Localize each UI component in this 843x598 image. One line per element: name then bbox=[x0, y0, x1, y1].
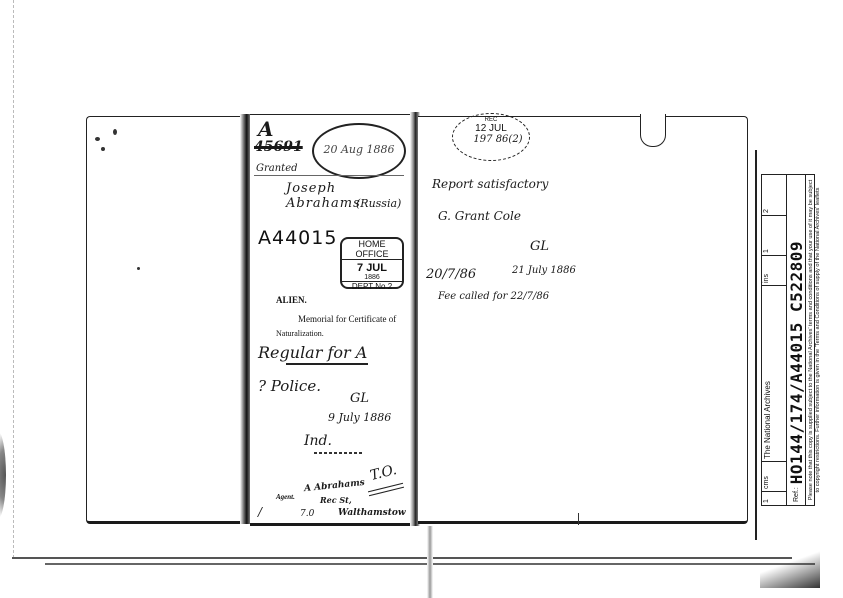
received-stamp-handwritten: 197 86(2) bbox=[467, 134, 529, 145]
archive-col1: 1 bbox=[762, 491, 786, 505]
folder-torn-notch bbox=[640, 114, 666, 147]
scan-edge-shadow bbox=[0, 430, 6, 520]
scan-crease bbox=[427, 526, 433, 598]
corner-mark: A bbox=[258, 117, 274, 141]
home-office-stamp-year: 1886 bbox=[342, 274, 402, 281]
struck-number: 45691 bbox=[254, 139, 303, 155]
archive-cms-label: cms bbox=[762, 461, 786, 491]
scan-bottom-rule bbox=[12, 557, 792, 559]
home-office-stamp: HOME OFFICE 7 JUL 1886 DEPT No 2 bbox=[340, 237, 404, 289]
slash-mark: / bbox=[258, 505, 262, 519]
granted-stamp-date: 20 Aug 1886 bbox=[314, 143, 404, 156]
report-line1: Report satisfactory bbox=[432, 177, 548, 191]
archive-ref-row: Ref.: HO144/174/A44015 C522809 bbox=[787, 175, 806, 505]
double-underline bbox=[368, 483, 404, 497]
received-stamp: REC 12 JUL 197 86(2) bbox=[452, 113, 530, 161]
memorial-title-line2: Naturalization. bbox=[276, 329, 324, 338]
divider bbox=[254, 175, 404, 176]
dotted-rule bbox=[314, 452, 362, 454]
granted-label: Granted bbox=[256, 163, 298, 174]
fold-tick bbox=[578, 513, 579, 525]
applicant-nationality: (Russia) bbox=[356, 197, 401, 210]
archive-stamp-header-row: 1 cms The National Archives ins 1 2 bbox=[762, 175, 787, 505]
agent-label: Agent. bbox=[276, 493, 295, 501]
date-note: 9 July 1886 bbox=[328, 411, 391, 424]
agent-misc: 7.0 bbox=[300, 509, 314, 519]
fee-line: Fee called for 22/7/86 bbox=[438, 291, 549, 302]
folder-left-panel bbox=[86, 116, 248, 524]
right-initials: GL bbox=[530, 239, 549, 254]
home-office-stamp-date: 7 JUL bbox=[342, 262, 402, 274]
alien-heading: ALIEN. bbox=[276, 295, 307, 305]
note-police: ? Police. bbox=[258, 377, 321, 395]
archive-copyright-notice: Please note that this copy is supplied s… bbox=[806, 175, 824, 505]
archive-reference-stamp: 1 cms The National Archives ins 1 2 Ref.… bbox=[761, 174, 815, 506]
home-office-stamp-top: HOME OFFICE bbox=[342, 239, 402, 260]
ink-speck bbox=[137, 267, 140, 270]
to-mark: T.O. bbox=[368, 462, 398, 484]
scan-margin-rule bbox=[13, 0, 14, 560]
home-office-stamp-dept: DEPT No 2 bbox=[342, 281, 402, 291]
folder-right-panel: REC 12 JUL 197 86(2) Report satisfactory… bbox=[418, 116, 748, 524]
scan-edge-shadow bbox=[760, 548, 820, 588]
archive-ins1: 1 bbox=[762, 215, 786, 255]
granted-oval-stamp: 20 Aug 1886 bbox=[312, 123, 406, 179]
archive-stamp-rotated: 1 cms The National Archives ins 1 2 Ref.… bbox=[762, 175, 814, 505]
signature: Ind. bbox=[304, 433, 332, 449]
archive-ref-label: Ref.: bbox=[793, 484, 800, 505]
underline bbox=[286, 363, 368, 365]
archive-ins-label: ins bbox=[762, 255, 786, 285]
agent-address-line2: Walthamstow bbox=[338, 508, 406, 518]
note-regular: Regular for A bbox=[258, 343, 367, 362]
initials: GL bbox=[350, 391, 369, 406]
received-stamp-date: 12 JUL bbox=[453, 123, 529, 134]
archive-ins2: 2 bbox=[762, 175, 786, 215]
ink-speck bbox=[101, 147, 105, 151]
report-line2: G. Grant Cole bbox=[438, 209, 521, 223]
archive-institution: The National Archives bbox=[762, 285, 786, 461]
scan-edge-line bbox=[755, 150, 757, 540]
folder-cover-panel: A 45691 20 Aug 1886 Granted Joseph Abrah… bbox=[250, 114, 416, 526]
memorial-title-line1: Memorial for Certificate of bbox=[298, 314, 396, 324]
date-right: 21 July 1886 bbox=[512, 265, 576, 276]
date-left: 20/7/86 bbox=[426, 267, 476, 282]
ink-speck bbox=[95, 137, 100, 141]
archive-reference: HO144/174/A44015 C522809 bbox=[787, 241, 806, 484]
agent-name: A Abrahams bbox=[304, 478, 366, 494]
ink-speck bbox=[113, 129, 117, 135]
file-number: A44015 bbox=[258, 227, 337, 249]
agent-address-line1: Rec St, bbox=[320, 495, 352, 505]
